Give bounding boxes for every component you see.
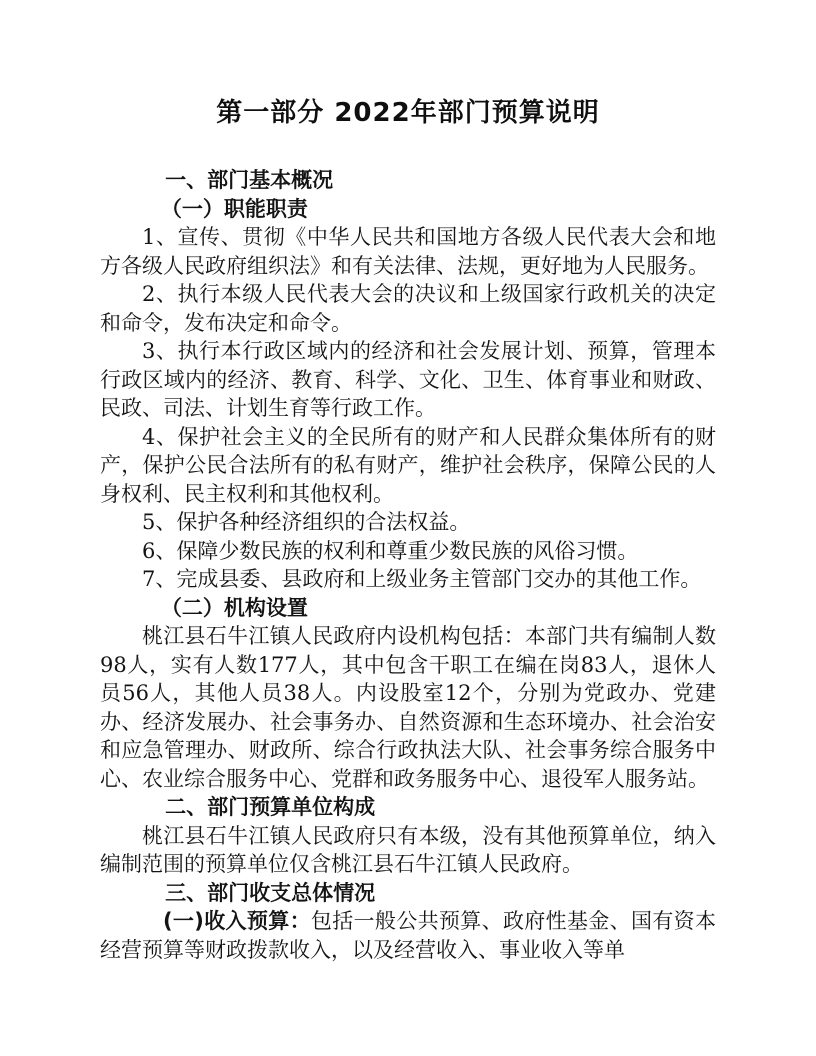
section-heading-budget-unit-composition: 二、部门预算单位构成 xyxy=(100,793,716,822)
section-heading-revenue-expenditure-overview: 三、部门收支总体情况 xyxy=(100,879,716,908)
document-title: 第一部分 2022年部门预算说明 xyxy=(100,96,716,130)
paragraph-duty-3: 3、执行本行政区域内的经济和社会发展计划、预算，管理本行政区域内的经济、教育、科… xyxy=(100,337,716,423)
paragraph-duty-7: 7、完成县委、县政府和上级业务主管部门交办的其他工作。 xyxy=(100,565,716,594)
paragraph-income-budget: (一)收入预算：包括一般公共预算、政府性基金、国有资本经营预算等财政拨款收入，以… xyxy=(100,907,716,964)
document-page: 第一部分 2022年部门预算说明 一、部门基本概况 （一）职能职责 1、宣传、贯… xyxy=(0,0,816,1056)
paragraph-duty-4: 4、保护社会主义的全民所有的财产和人民群众集体所有的财产，保护公民合法所有的私有… xyxy=(100,423,716,509)
paragraph-organization-details: 桃江县石牛江镇人民政府内设机构包括：本部门共有编制人数98人，实有人数177人，… xyxy=(100,622,716,793)
section-heading-basic-overview: 一、部门基本概况 xyxy=(100,166,716,195)
document-content: 第一部分 2022年部门预算说明 一、部门基本概况 （一）职能职责 1、宣传、贯… xyxy=(0,0,816,964)
subsection-heading-functions-duties: （一）职能职责 xyxy=(100,195,716,224)
paragraph-duty-2: 2、执行本级人民代表大会的决议和上级国家行政机关的决定和命令，发布决定和命令。 xyxy=(100,280,716,337)
subsection-heading-organization-setup: （二）机构设置 xyxy=(100,594,716,623)
paragraph-duty-6: 6、保障少数民族的权利和尊重少数民族的风俗习惯。 xyxy=(100,537,716,566)
paragraph-duty-5: 5、保护各种经济组织的合法权益。 xyxy=(100,508,716,537)
paragraph-budget-unit-details: 桃江县石牛江镇人民政府只有本级，没有其他预算单位，纳入编制范围的预算单位仅含桃江… xyxy=(100,822,716,879)
paragraph-income-budget-lead: (一)收入预算： xyxy=(163,909,311,933)
paragraph-duty-1: 1、宣传、贯彻《中华人民共和国地方各级人民代表大会和地方各级人民政府组织法》和有… xyxy=(100,223,716,280)
